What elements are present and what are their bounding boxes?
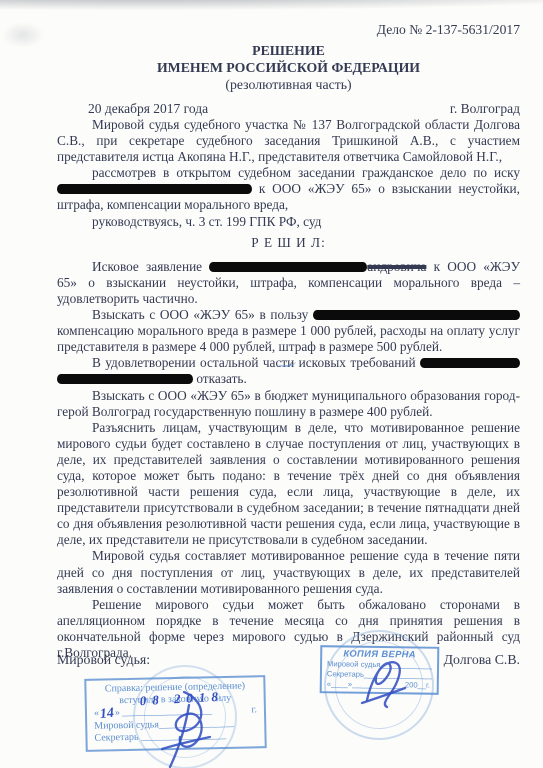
copy-certification-stamp: КОПИЯ ВЕРНА Мировой судья______________ … <box>320 645 440 695</box>
document-body: Мировой судья судебного участка № 137 Во… <box>57 117 520 661</box>
document-title-block: РЕШЕНИЕ ИМЕНЕМ РОССИЙСКОЙ ФЕДЕРАЦИИ (рез… <box>57 42 520 93</box>
judge-role-label: Мировой судья: <box>57 652 150 668</box>
document-content: Дело № 2-137-5631/2017 РЕШЕНИЕ ИМЕНЕМ РО… <box>57 22 520 661</box>
redaction-bar <box>57 184 252 194</box>
dateline: 20 декабря 2017 года г. Волгоград <box>57 101 520 117</box>
open-quote: « <box>94 708 99 720</box>
case-description-paragraph: рассмотрев в открытом судебном заседании… <box>57 165 520 213</box>
case-number: Дело № 2-137-5631/2017 <box>57 22 520 38</box>
copy-stamp-secretary-line: Секретарь_________________ <box>327 669 432 679</box>
copy-stamp-date-line: «____»____________ 200__г. <box>327 679 432 689</box>
title-federation: ИМЕНЕМ РОССИЙСКОЙ ФЕДЕРАЦИИ <box>57 59 520 76</box>
scan-edge-shadow <box>0 0 543 13</box>
legal-basis-paragraph: руководствуясь, ч. 3 ст. 199 ГПК РФ, суд <box>57 214 520 230</box>
signature-row: Мировой судья: Долгова С.В. <box>57 652 520 668</box>
resolution-heading: Р Е Ш И Л: <box>57 235 520 251</box>
motivated-decision-paragraph: Мировой судья составляет мотивированное … <box>57 548 520 596</box>
scan-corner-smudge <box>2 22 44 48</box>
date-underscores: __________________ <box>122 705 212 718</box>
claim-satisfaction-paragraph: Исковое заявление андровича к ООО «ЖЭУ 6… <box>57 259 520 307</box>
award-paragraph: Взыскать с ООО «ЖЭУ 65» в пользу компенс… <box>57 307 520 355</box>
struck-text: андровича <box>367 259 426 274</box>
close-quote: » <box>115 707 120 719</box>
legal-force-stamp: Справка: решение (определение) вступило … <box>84 675 266 751</box>
copy-stamp-judge-line: Мировой судья______________ <box>327 659 432 669</box>
validity-stamp-secretary-line: Секретарь _________________ <box>94 729 257 744</box>
title-operative-part: (резолютивная часть) <box>57 76 520 93</box>
handwritten-day: 14 <box>100 708 115 719</box>
redaction-bar <box>57 374 193 384</box>
year-suffix: г. <box>251 704 257 716</box>
clarification-paragraph: Разъяснить лицам, участвующим в деле, чт… <box>57 420 520 549</box>
intro-judge-paragraph: Мировой судья судебного участка № 137 Во… <box>57 117 520 165</box>
redaction-bar <box>313 310 520 320</box>
redaction-bar <box>420 358 520 368</box>
redaction-bar <box>209 262 367 272</box>
copy-stamp-title: КОПИЯ ВЕРНА <box>327 649 432 659</box>
decision-date: 20 декабря 2017 года <box>57 101 208 117</box>
state-duty-paragraph: Взыскать с ООО «ЖЭУ 65» в бюджет муницип… <box>57 388 520 420</box>
title-decision: РЕШЕНИЕ <box>57 42 520 59</box>
decision-city: г. Волгоград <box>450 101 520 117</box>
court-decision-page: Дело № 2-137-5631/2017 РЕШЕНИЕ ИМЕНЕМ РО… <box>0 0 543 768</box>
judge-name: Долгова С.В. <box>444 652 520 668</box>
